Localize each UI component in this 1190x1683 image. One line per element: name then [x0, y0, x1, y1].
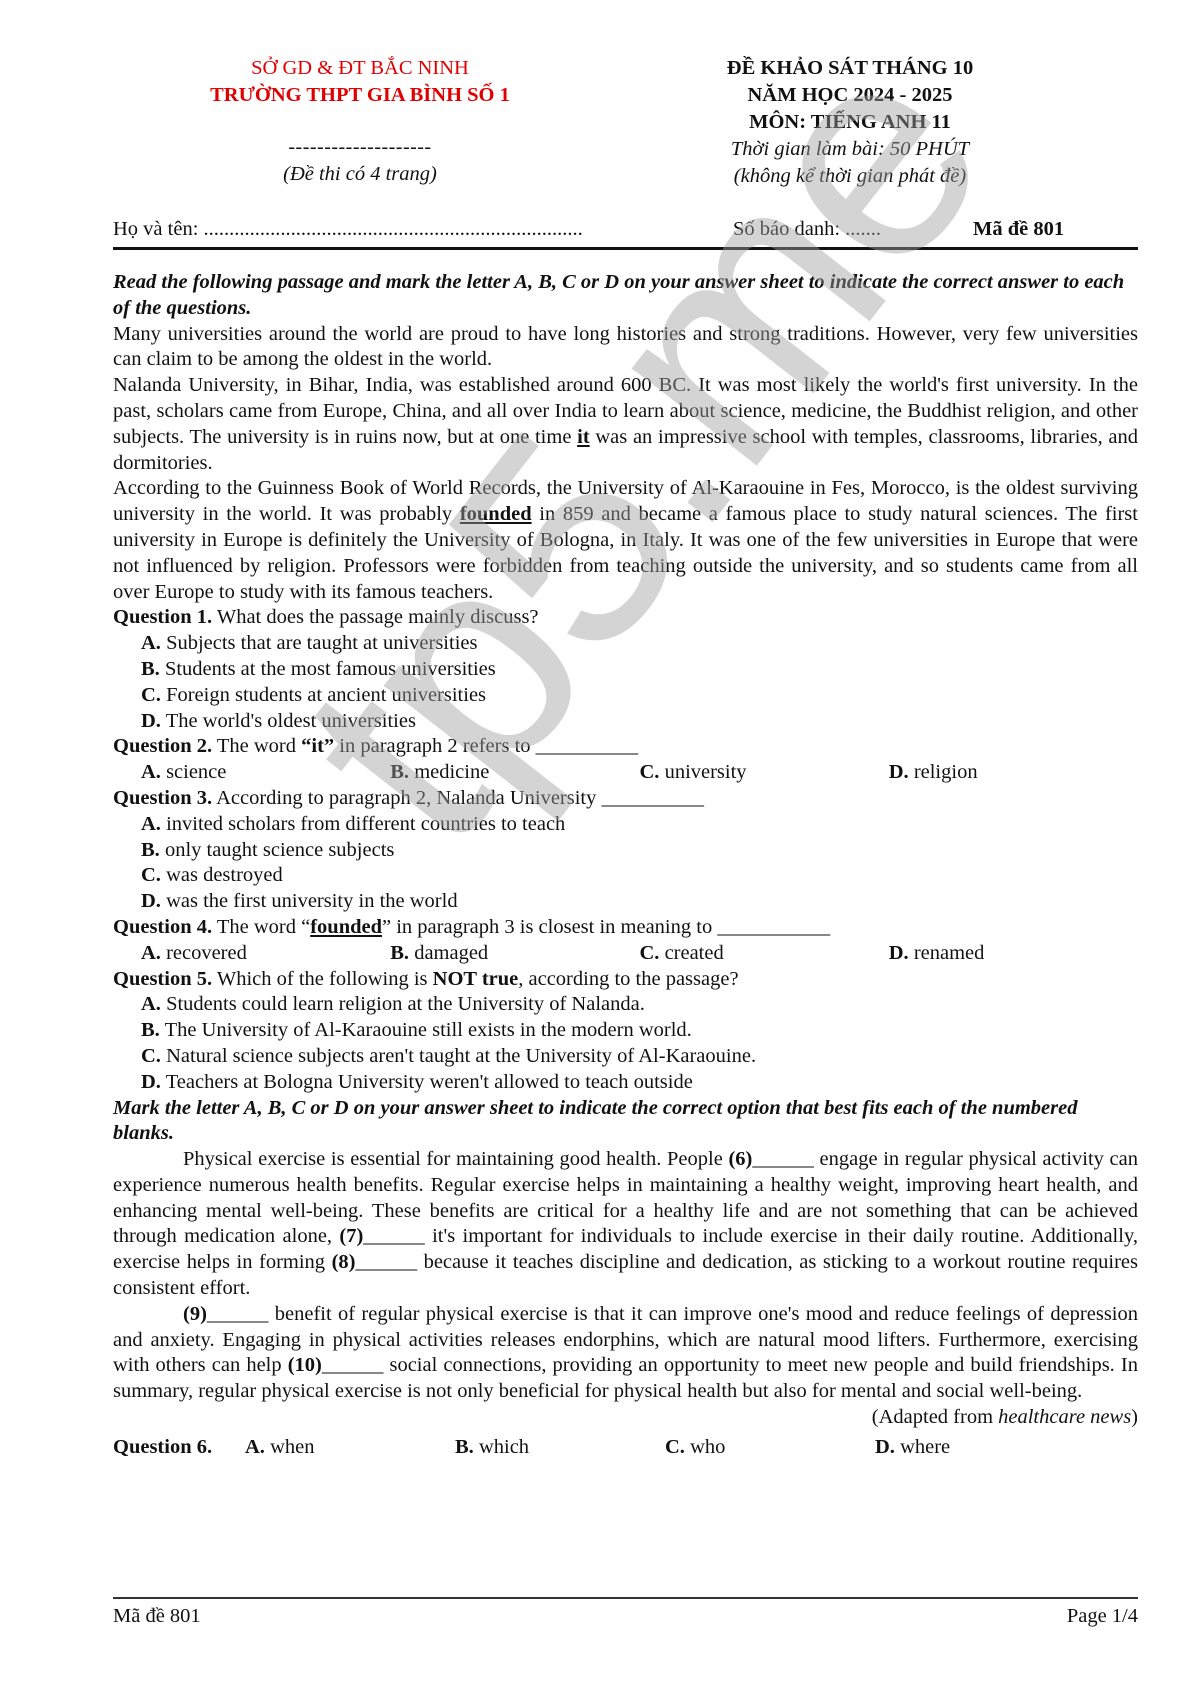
- blank-8: (8): [332, 1251, 356, 1273]
- option-letter: A.: [141, 761, 161, 783]
- q1-option-d[interactable]: D. The world's oldest universities: [113, 709, 1138, 735]
- q3-option-a[interactable]: A. invited scholars from different count…: [113, 812, 1138, 838]
- q4-option-a[interactable]: A. recovered: [141, 941, 390, 967]
- option-text: Subjects that are taught at universities: [161, 632, 478, 654]
- option-text: Students could learn religion at the Uni…: [161, 993, 645, 1015]
- source-text: (Adapted from: [872, 1406, 998, 1428]
- q1-option-c[interactable]: C. Foreign students at ancient universit…: [113, 683, 1138, 709]
- q5-option-b[interactable]: B. The University of Al-Karaouine still …: [113, 1018, 1138, 1044]
- blank-7: (7): [339, 1225, 363, 1247]
- q2-option-a[interactable]: A. science: [141, 760, 390, 786]
- q6-option-d[interactable]: D. where: [875, 1435, 1085, 1461]
- passage-paragraph-2: Nalanda University, in Bihar, India, was…: [113, 373, 1138, 476]
- q5-option-c[interactable]: C. Natural science subjects aren't taugh…: [113, 1044, 1138, 1070]
- student-info-row: Họ và tên: .............................…: [113, 218, 1138, 246]
- option-letter: D.: [889, 761, 909, 783]
- question-6: Question 6. A. when B. which C. who D. w…: [113, 1435, 1138, 1461]
- q1-option-b[interactable]: B. Students at the most famous universit…: [113, 657, 1138, 683]
- header-divider: [113, 247, 1138, 250]
- option-text: was the first university in the world: [161, 890, 458, 912]
- name-field[interactable]: Họ và tên: .............................…: [113, 218, 583, 241]
- question-5: Question 5. Which of the following is NO…: [113, 967, 1138, 993]
- question-stem: in paragraph 2 refers to __________: [334, 735, 638, 757]
- q3-option-d[interactable]: D. was the first university in the world: [113, 889, 1138, 915]
- option-letter: A.: [141, 942, 161, 964]
- option-text: science: [161, 761, 226, 783]
- option-letter: D.: [889, 942, 909, 964]
- option-text: which: [474, 1436, 529, 1458]
- question-label: Question 3.: [113, 787, 212, 809]
- option-letter: D.: [875, 1436, 895, 1458]
- time-limit: Thời gian làm bài: 50 PHÚT: [660, 136, 1040, 163]
- option-text: where: [895, 1436, 950, 1458]
- passage-paragraph-3: According to the Guinness Book of World …: [113, 476, 1138, 605]
- option-text: medicine: [409, 761, 489, 783]
- department-name: SỞ GD & ĐT BẮC NINH: [140, 55, 580, 82]
- q2-option-c[interactable]: C. university: [640, 760, 889, 786]
- footer-divider: [113, 1597, 1138, 1599]
- question-keyword: “it”: [301, 735, 334, 757]
- option-letter: B.: [141, 1019, 160, 1041]
- option-text: damaged: [409, 942, 488, 964]
- keyword-it: it: [577, 426, 590, 448]
- question-label: Question 6.: [113, 1435, 245, 1461]
- section1-instruction: Read the following passage and mark the …: [113, 270, 1138, 322]
- question-label: Question 4.: [113, 916, 212, 938]
- q5-option-d[interactable]: D. Teachers at Bologna University weren'…: [113, 1070, 1138, 1096]
- option-letter: D.: [141, 1071, 161, 1093]
- cloze-paragraph-1: Physical exercise is essential for maint…: [113, 1147, 1138, 1302]
- question-label: Question 2.: [113, 735, 212, 757]
- exam-page: SỞ GD & ĐT BẮC NINH TRƯỜNG THPT GIA BÌNH…: [0, 0, 1190, 1683]
- school-name: TRƯỜNG THPT GIA BÌNH SỐ 1: [140, 82, 580, 109]
- option-text: when: [265, 1436, 315, 1458]
- question-stem: According to paragraph 2, Nalanda Univer…: [212, 787, 704, 809]
- q3-option-b[interactable]: B. only taught science subjects: [113, 838, 1138, 864]
- blank-10: (10): [288, 1354, 322, 1376]
- question-stem: Which of the following is: [212, 968, 433, 990]
- question-1: Question 1. What does the passage mainly…: [113, 605, 1138, 631]
- q6-option-c[interactable]: C. who: [665, 1435, 875, 1461]
- q5-option-a[interactable]: A. Students could learn religion at the …: [113, 992, 1138, 1018]
- header-right: ĐỀ KHẢO SÁT THÁNG 10 NĂM HỌC 2024 - 2025…: [660, 55, 1040, 190]
- option-letter: D.: [141, 710, 161, 732]
- option-letter: C.: [665, 1436, 685, 1458]
- option-text: The University of Al-Karaouine still exi…: [160, 1019, 692, 1041]
- exam-title: ĐỀ KHẢO SÁT THÁNG 10: [660, 55, 1040, 82]
- option-text: who: [685, 1436, 725, 1458]
- option-text: only taught science subjects: [160, 839, 395, 861]
- question-stem: What does the passage mainly discuss?: [212, 606, 538, 628]
- passage-paragraph-1: Many universities around the world are p…: [113, 322, 1138, 374]
- question-stem: The word: [212, 735, 301, 757]
- option-text: Natural science subjects aren't taught a…: [161, 1045, 756, 1067]
- option-text: religion: [909, 761, 978, 783]
- source-attribution: (Adapted from healthcare news): [113, 1405, 1138, 1431]
- footer-page-number: Page 1/4: [1067, 1605, 1138, 1628]
- option-text: renamed: [909, 942, 985, 964]
- option-letter: A.: [141, 813, 161, 835]
- q2-options: A. science B. medicine C. university D. …: [113, 760, 1138, 786]
- option-letter: B.: [390, 942, 409, 964]
- option-letter: A.: [141, 632, 161, 654]
- option-text: The world's oldest universities: [161, 710, 416, 732]
- option-letter: B.: [141, 839, 160, 861]
- option-letter: C.: [640, 761, 660, 783]
- blank-6: (6): [728, 1148, 752, 1170]
- student-id-field[interactable]: Số báo danh: .......: [733, 218, 881, 241]
- question-label: Question 5.: [113, 968, 212, 990]
- option-letter: A.: [245, 1436, 265, 1458]
- option-letter: C.: [640, 942, 660, 964]
- option-letter: C.: [141, 684, 161, 706]
- page-count-note: (Đề thi có 4 trang): [140, 161, 580, 188]
- option-text: created: [659, 942, 723, 964]
- source-text: ): [1131, 1406, 1138, 1428]
- cloze-text: Physical exercise is essential for maint…: [183, 1148, 728, 1170]
- q6-option-a[interactable]: A. when: [245, 1435, 455, 1461]
- source-name: healthcare news: [998, 1406, 1131, 1428]
- header-separator: --------------------: [140, 134, 580, 161]
- question-label: Question 1.: [113, 606, 212, 628]
- question-stem: , according to the passage?: [518, 968, 738, 990]
- exam-code: Mã đề 801: [973, 218, 1064, 241]
- option-text: recovered: [161, 942, 247, 964]
- time-note: (không kể thời gian phát đề): [660, 163, 1040, 190]
- option-letter: C.: [141, 1045, 161, 1067]
- q2-option-d[interactable]: D. religion: [889, 760, 1138, 786]
- question-keyword: founded: [310, 916, 382, 938]
- option-text: was destroyed: [161, 864, 283, 886]
- exam-content: Read the following passage and mark the …: [113, 270, 1138, 1461]
- question-keyword: NOT true: [433, 968, 519, 990]
- question-stem: The word “: [212, 916, 310, 938]
- option-text: Foreign students at ancient universities: [161, 684, 486, 706]
- option-letter: A.: [141, 993, 161, 1015]
- q4-option-d[interactable]: D. renamed: [889, 941, 1138, 967]
- section2-instruction: Mark the letter A, B, C or D on your ans…: [113, 1096, 1138, 1148]
- q4-option-c[interactable]: C. created: [640, 941, 889, 967]
- option-letter: C.: [141, 864, 161, 886]
- option-letter: B.: [455, 1436, 474, 1458]
- question-4: Question 4. The word “founded” in paragr…: [113, 915, 1138, 941]
- blank-9: (9): [183, 1303, 207, 1325]
- footer-exam-code: Mã đề 801: [113, 1605, 201, 1628]
- question-3: Question 3. According to paragraph 2, Na…: [113, 786, 1138, 812]
- option-text: invited scholars from different countrie…: [161, 813, 565, 835]
- q2-option-b[interactable]: B. medicine: [390, 760, 639, 786]
- option-text: Teachers at Bologna University weren't a…: [161, 1071, 693, 1093]
- option-letter: D.: [141, 890, 161, 912]
- q4-options: A. recovered B. damaged C. created D. re…: [113, 941, 1138, 967]
- q1-option-a[interactable]: A. Subjects that are taught at universit…: [113, 631, 1138, 657]
- keyword-founded: founded: [460, 503, 532, 525]
- option-text: university: [659, 761, 746, 783]
- q6-option-b[interactable]: B. which: [455, 1435, 665, 1461]
- question-stem: ” in paragraph 3 is closest in meaning t…: [382, 916, 830, 938]
- option-text: Students at the most famous universities: [160, 658, 496, 680]
- header-left: SỞ GD & ĐT BẮC NINH TRƯỜNG THPT GIA BÌNH…: [140, 55, 580, 188]
- subject: MÔN: TIẾNG ANH 11: [660, 109, 1040, 136]
- q4-option-b[interactable]: B. damaged: [390, 941, 639, 967]
- q3-option-c[interactable]: C. was destroyed: [113, 863, 1138, 889]
- question-2: Question 2. The word “it” in paragraph 2…: [113, 734, 1138, 760]
- school-year: NĂM HỌC 2024 - 2025: [660, 82, 1040, 109]
- option-letter: B.: [141, 658, 160, 680]
- option-letter: B.: [390, 761, 409, 783]
- cloze-paragraph-2: (9)______ benefit of regular physical ex…: [113, 1302, 1138, 1405]
